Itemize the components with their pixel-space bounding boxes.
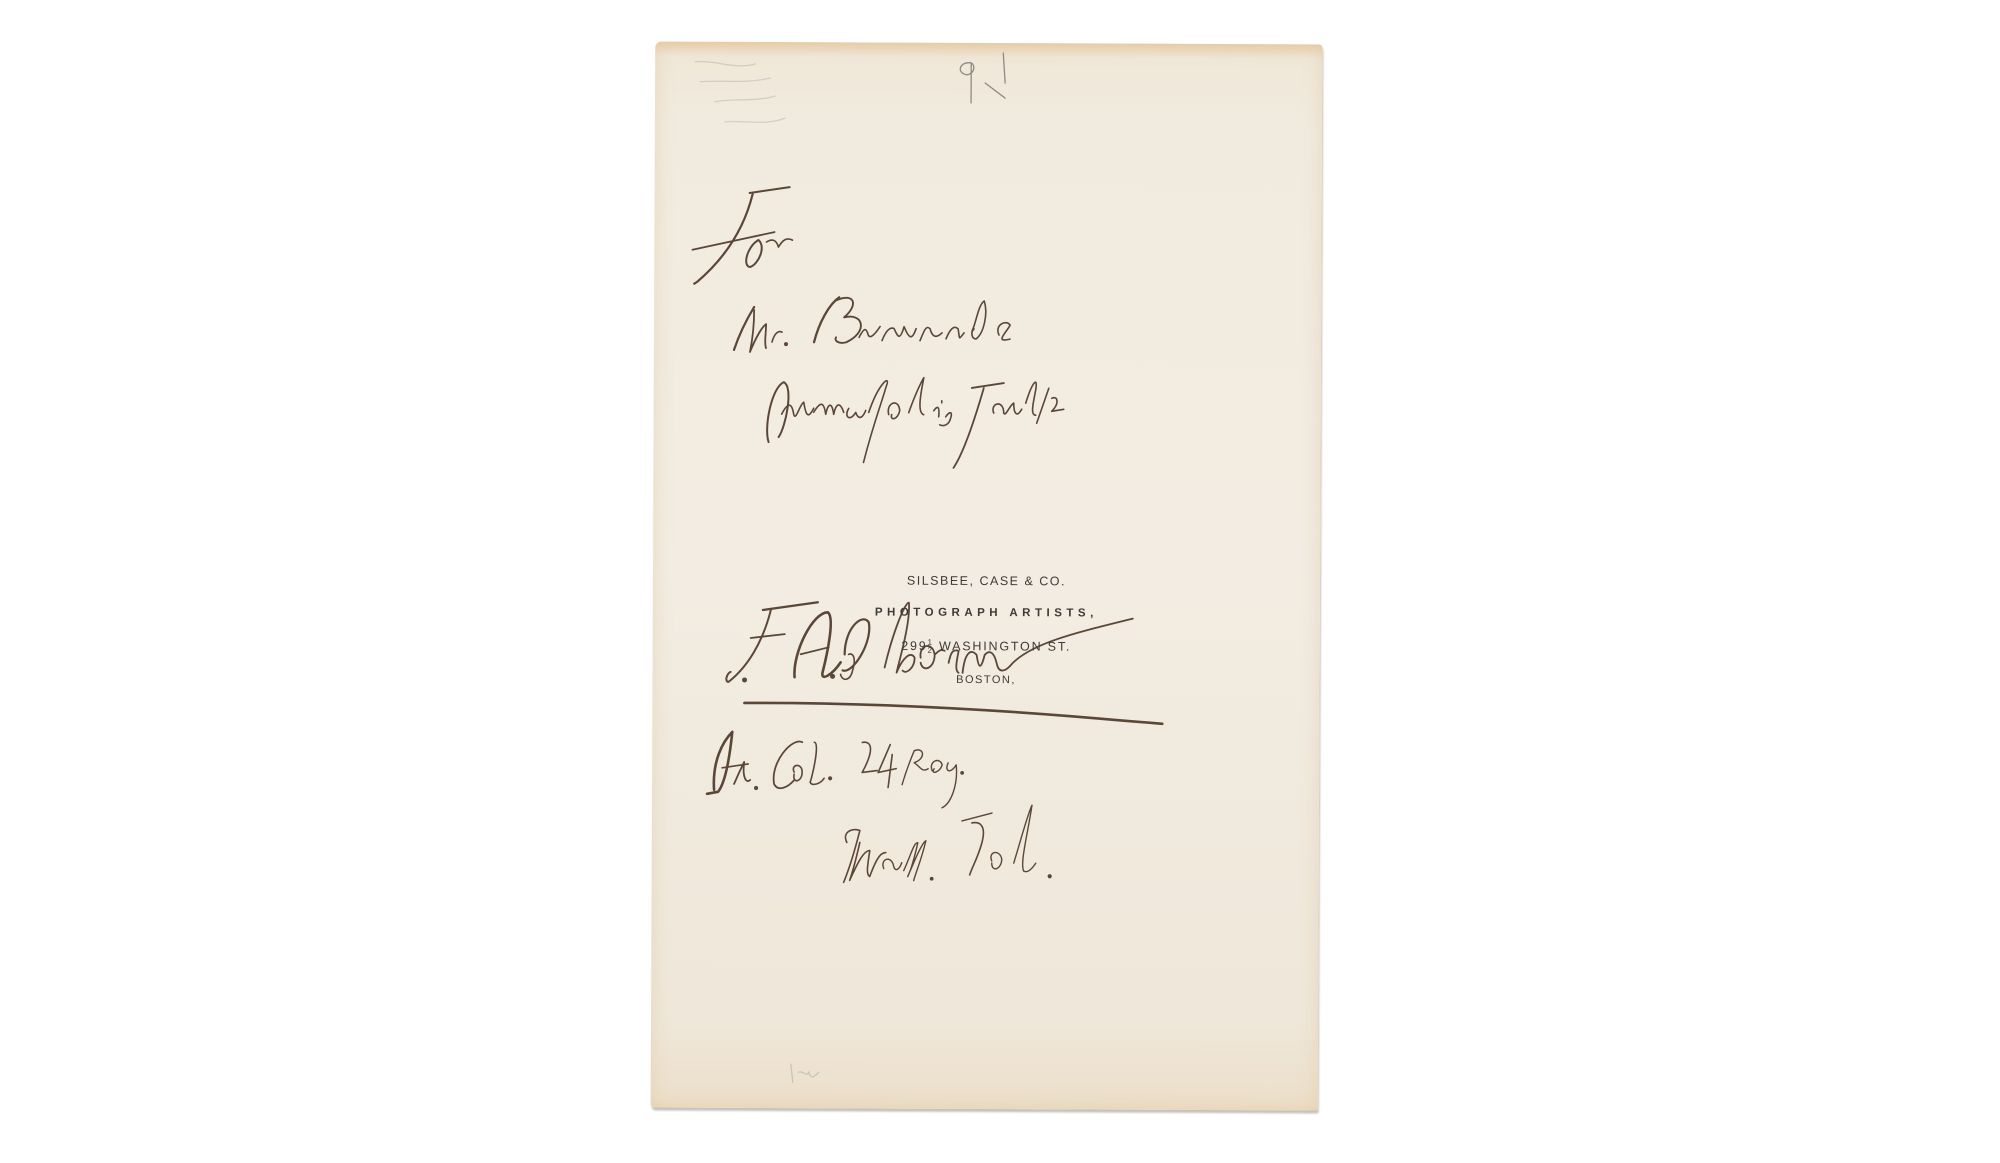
imprint-street-number: 299 [901,639,927,653]
imprint-address: 29912 WASHINGTON ST. [653,638,1320,657]
imprint-city: BOSTON, [653,674,1320,688]
imprint-studio-name: SILSBEE, CASE & CO. [653,574,1320,589]
imprint-street-name: WASHINGTON ST. [939,639,1071,654]
imprint-profession: PHOTOGRAPH ARTISTS, [653,606,1320,620]
photographer-imprint: SILSBEE, CASE & CO. PHOTOGRAPH ARTISTS, … [652,574,1320,708]
imprint-fraction: 12 [927,639,933,655]
photo-card-back: For Mr. Burnside Annapolis Jan 1862 F. A… [651,42,1323,1111]
